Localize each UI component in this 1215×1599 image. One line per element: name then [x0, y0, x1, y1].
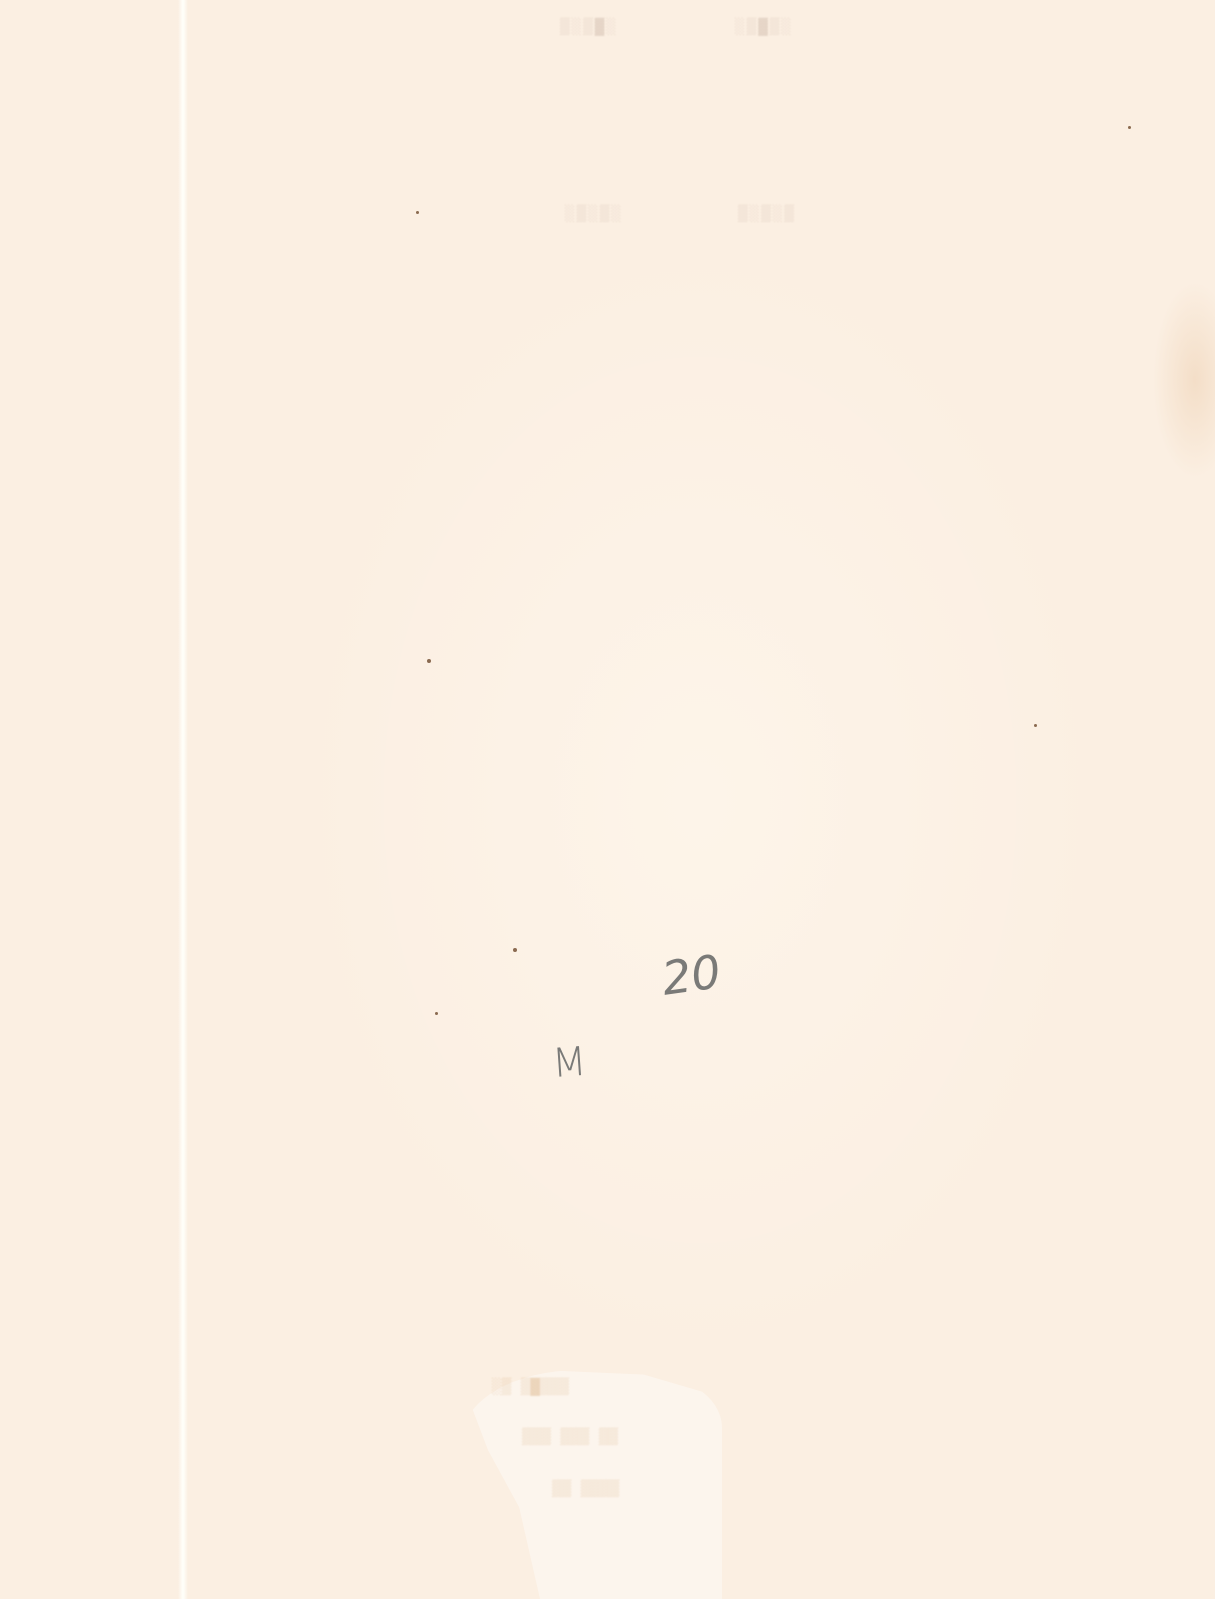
speck [513, 948, 517, 952]
speck [1034, 724, 1037, 727]
handwritten-number: 20 [659, 944, 724, 1006]
handwritten-letter: M [550, 1039, 588, 1087]
speck [435, 1012, 438, 1015]
torn-sticker-residue: ░▒ ▒▓▒▒▒ ▒▒▒ ▒▒▒ ▒▒ ▒▒ ▒▒▒▒ [462, 1370, 722, 1599]
sticker-line-3: ▒▒ ▒▒▒▒ [552, 1480, 619, 1498]
speck [427, 659, 431, 663]
scanned-page: ▒░▒▓░ ░▒▓▒░ ░▒░▒░ ▒░▒░▒ 20 M ░▒ ▒▓▒▒▒ ▒▒… [0, 0, 1215, 1599]
speck [1128, 126, 1131, 129]
sticker-line-1: ░▒ ▒▓▒▒▒ [492, 1378, 569, 1396]
sticker-line-2: ▒▒▒ ▒▒▒ ▒▒ [522, 1428, 618, 1446]
bleed-through-mid-left: ░▒░▒░ [565, 205, 623, 223]
bleed-through-mid-right: ▒░▒░▒ [738, 205, 796, 223]
bleed-through-top-right: ░▒▓▒░ [735, 18, 793, 36]
bleed-through-top-left: ▒░▒▓░ [560, 18, 618, 36]
speck [416, 211, 419, 214]
fold-line [178, 0, 188, 1599]
